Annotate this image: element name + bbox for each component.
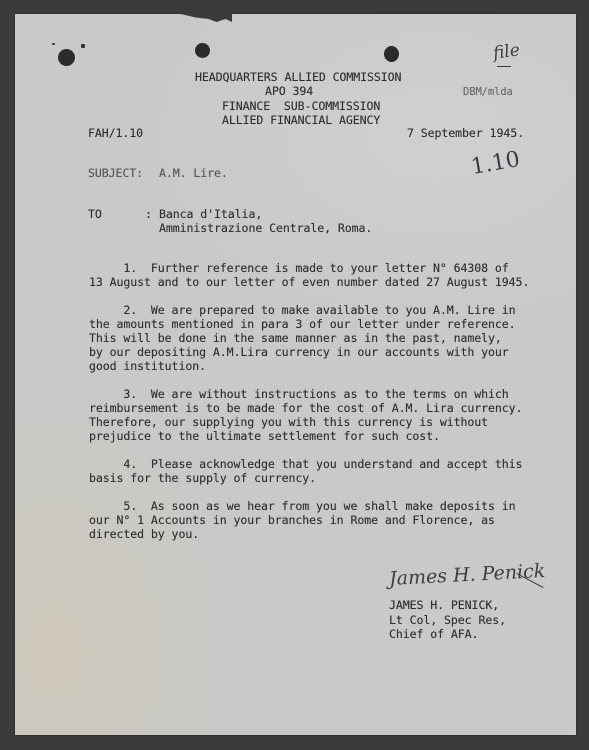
handwritten-file-number: 1.10 <box>469 147 522 180</box>
paragraph-3: 3. We are without instructions as to the… <box>89 387 559 443</box>
paragraph-line: 4. Please acknowledge that you understan… <box>89 457 559 471</box>
handwritten-file-note: file <box>492 40 521 64</box>
reference-initials: DBM/mlda <box>463 85 513 99</box>
paragraph-line: good institution. <box>89 359 559 373</box>
punch-hole-center <box>195 43 210 58</box>
letterhead-line-2: APO 394 <box>265 84 313 98</box>
torn-edge <box>180 12 232 22</box>
paragraph-line: the amounts mentioned in para 3 of our l… <box>89 317 559 331</box>
punch-hole-right <box>384 46 399 62</box>
file-note-underline <box>497 66 511 67</box>
to-separator: : <box>145 207 152 221</box>
letter-date: 7 September 1945. <box>407 126 524 140</box>
to-label: TO <box>88 207 102 221</box>
paragraph-line: directed by you. <box>89 527 559 541</box>
addressee-line-1: Banca d'Italia, <box>159 207 262 221</box>
paragraph-line: 2. We are prepared to make available to … <box>89 303 559 317</box>
subject-value: A.M. Lire. <box>159 166 228 180</box>
letterhead-line-1: HEADQUARTERS ALLIED COMMISSION <box>195 70 401 84</box>
paragraph-line: 3. We are without instructions as to the… <box>89 387 559 401</box>
punch-hole-left <box>58 49 75 66</box>
paragraph-line: This will be done in the same manner as … <box>89 331 559 345</box>
signature-block: JAMES H. PENICK, Lt Col, Spec Res, Chief… <box>389 598 506 642</box>
paragraph-line: by our depositing A.M.Lira currency in o… <box>89 345 559 359</box>
paragraph-line: 13 August and to our letter of even numb… <box>89 275 559 289</box>
ink-speck <box>52 43 55 45</box>
signatory-name: JAMES H. PENICK, <box>389 598 506 613</box>
addressee-line-2: Amministrazione Centrale, Roma. <box>159 221 372 235</box>
paragraph-1: 1. Further reference is made to your let… <box>89 261 559 289</box>
letter-page: file HEADQUARTERS ALLIED COMMISSION APO … <box>15 14 576 735</box>
letter-body: 1. Further reference is made to your let… <box>89 261 559 555</box>
ink-speck <box>81 44 85 48</box>
signatory-title: Chief of AFA. <box>389 627 506 642</box>
paragraph-2: 2. We are prepared to make available to … <box>89 303 559 373</box>
file-reference: FAH/1.10 <box>88 126 143 140</box>
paragraph-line: prejudice to the ultimate settlement for… <box>89 429 559 443</box>
subject-label: SUBJECT: <box>88 166 143 180</box>
paragraph-line: basis for the supply of currency. <box>89 471 559 485</box>
letterhead-line-4: ALLIED FINANCIAL AGENCY <box>222 113 380 127</box>
signatory-rank: Lt Col, Spec Res, <box>389 613 506 628</box>
paragraph-line: Therefore, our supplying you with this c… <box>89 415 559 429</box>
paragraph-4: 4. Please acknowledge that you understan… <box>89 457 559 485</box>
paragraph-line: reimbursement is to be made for the cost… <box>89 401 559 415</box>
paragraph-line: 5. As soon as we hear from you we shall … <box>89 499 559 513</box>
paragraph-line: 1. Further reference is made to your let… <box>89 261 559 275</box>
letterhead-line-3: FINANCE SUB-COMMISSION <box>222 99 380 113</box>
paragraph-5: 5. As soon as we hear from you we shall … <box>89 499 559 541</box>
paragraph-line: our N° 1 Accounts in your branches in Ro… <box>89 513 559 527</box>
